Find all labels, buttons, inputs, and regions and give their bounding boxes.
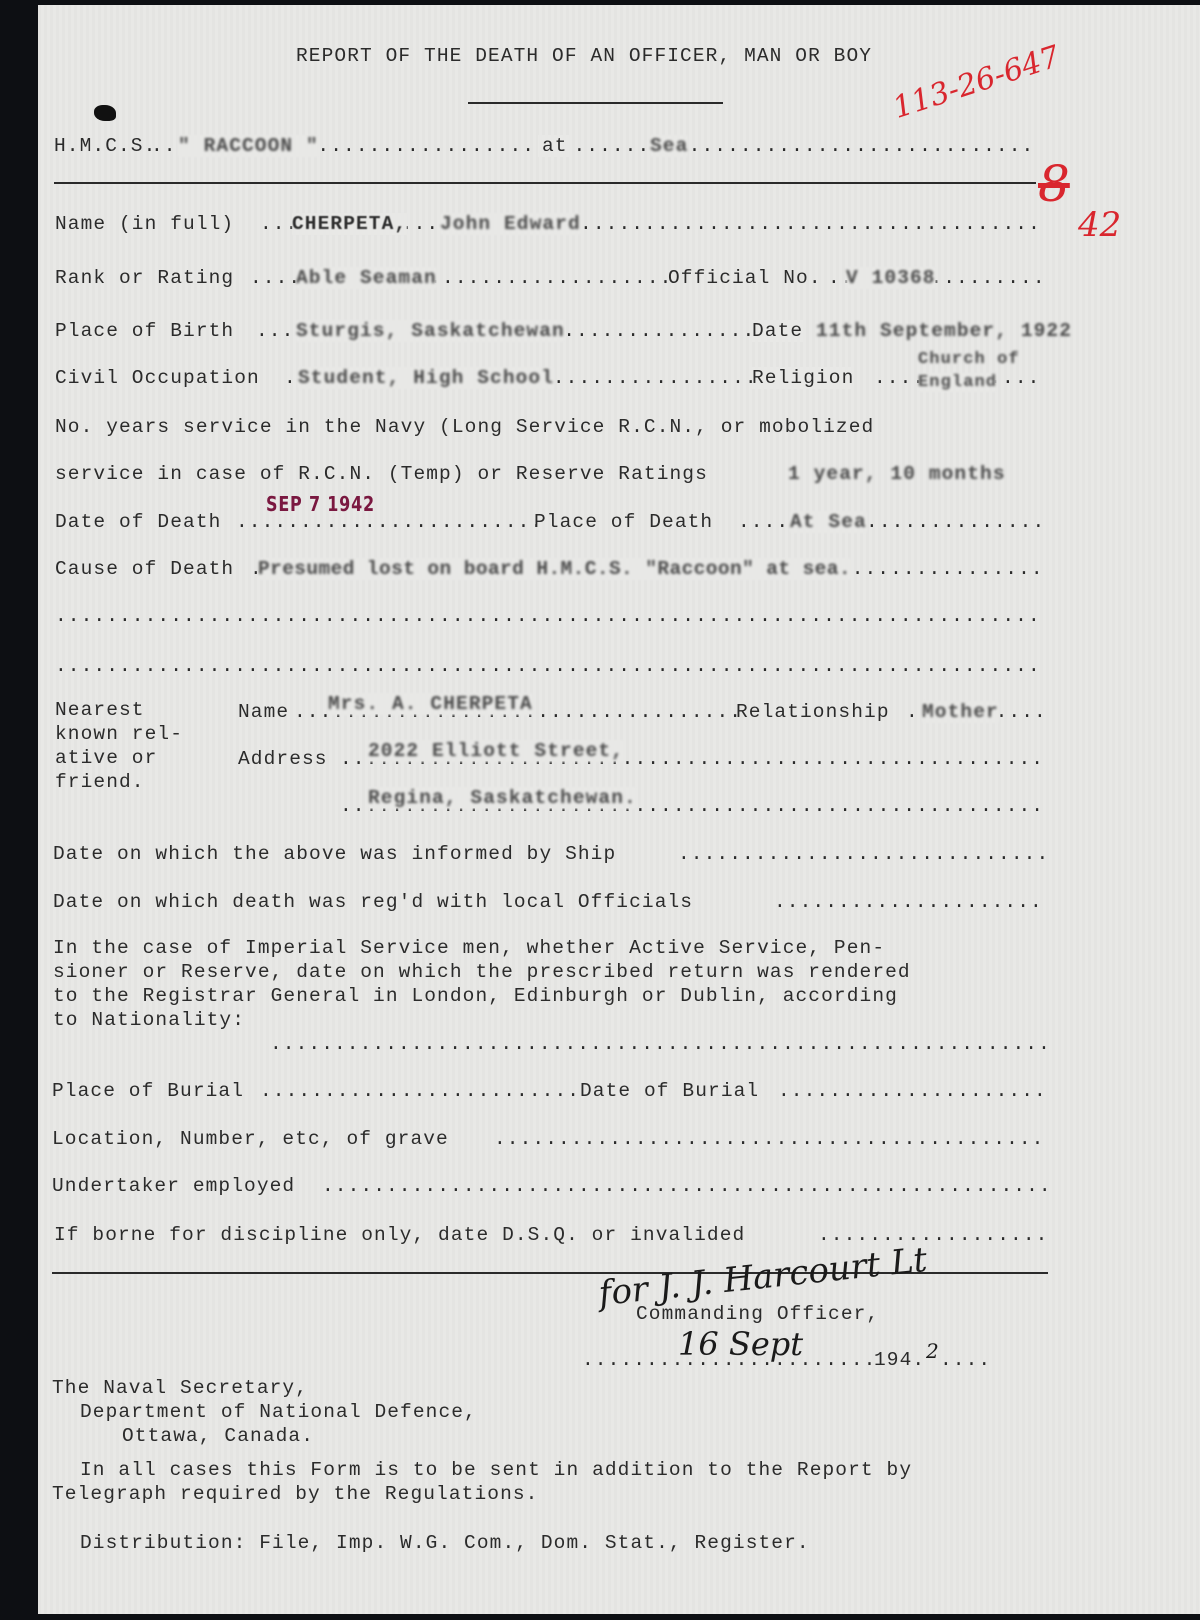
address-line1-value: 2022 Elliott Street, xyxy=(368,740,624,762)
document-page: REPORT OF THE DEATH OF AN OFFICER, MAN O… xyxy=(38,5,1200,1614)
place-of-death-value: At Sea xyxy=(790,511,867,533)
service-years-value: 1 year, 10 months xyxy=(788,463,1006,485)
place-of-birth-value: Sturgis, Saskatchewan xyxy=(296,320,565,342)
note-line2: Telegraph required by the Regulations. xyxy=(52,1483,538,1505)
dot-leader: ................... xyxy=(818,1224,1046,1246)
dot-line: ........................................… xyxy=(55,605,1045,627)
relative-side-label-4: friend. xyxy=(55,771,145,793)
date-of-birth-label: Date xyxy=(752,320,803,342)
at-value: Sea xyxy=(650,135,688,157)
note-line1: In all cases this Form is to be sent in … xyxy=(80,1459,912,1481)
ship-label: H.M.C.S. xyxy=(54,135,156,157)
undertaker-label: Undertaker employed xyxy=(52,1175,295,1197)
relative-side-label-3: ative or xyxy=(55,747,157,769)
imperial-text-line1: In the case of Imperial Service men, whe… xyxy=(53,937,885,959)
dot-leader: ............................ xyxy=(260,1080,580,1102)
address-line2-value: Regina, Saskatchewan. xyxy=(368,787,637,809)
official-no-value: V 10368 xyxy=(846,267,936,289)
relationship-label: Relationship xyxy=(736,701,890,723)
name-given-value: John Edward xyxy=(440,213,581,235)
date-of-birth-value: 11th September, 1922 xyxy=(816,320,1072,342)
dot-leader: ............................ xyxy=(738,511,1043,533)
folio-struck-annotation: 8 xyxy=(1038,155,1070,213)
at-label: at xyxy=(538,135,572,157)
page-title: REPORT OF THE DEATH OF AN OFFICER, MAN O… xyxy=(296,45,872,67)
relative-side-label-2: known rel- xyxy=(55,723,183,745)
file-number-annotation: 113-26-647 xyxy=(889,39,1064,126)
registered-local-label: Date on which death was reg'd with local… xyxy=(53,891,693,913)
addressee-line1: The Naval Secretary, xyxy=(52,1377,308,1399)
relationship-value: Mother xyxy=(922,701,999,723)
dot-line: ........................................… xyxy=(270,1033,1046,1055)
name-surname-value: CHERPETA, xyxy=(292,213,407,235)
dot-leader: ................................ xyxy=(678,843,1046,865)
folio-new-annotation: 42 xyxy=(1078,205,1121,245)
address-label: Address xyxy=(238,748,328,770)
official-no-label: Official No. xyxy=(668,267,822,289)
imperial-text-line4: to Nationality: xyxy=(53,1009,245,1031)
service-years-label-line2: service in case of R.C.N. (Temp) or Rese… xyxy=(55,463,708,485)
ship-value: " RACCOON " xyxy=(178,135,319,157)
rank-label: Rank or Rating xyxy=(55,267,234,289)
date-of-death-label: Date of Death xyxy=(55,511,221,533)
relative-side-label-1: Nearest xyxy=(55,699,145,721)
signature-year-prefix: 194. xyxy=(874,1349,925,1371)
relative-name-label: Name xyxy=(238,701,289,723)
place-of-burial-label: Place of Burial xyxy=(52,1080,244,1102)
addressee-line2: Department of National Defence, xyxy=(80,1401,477,1423)
name-label: Name (in full) xyxy=(55,213,234,235)
signature-year-suffix: 2 xyxy=(926,1339,939,1363)
service-years-label-line1: No. years service in the Navy (Long Serv… xyxy=(55,416,874,438)
dot-leader: ....................... xyxy=(778,1080,1046,1102)
date-of-death-stamp: SEP 7 1942 xyxy=(266,492,375,516)
ink-blot xyxy=(94,105,116,121)
distribution-line: Distribution: File, Imp. W.G. Com., Dom.… xyxy=(80,1532,810,1554)
religion-label: Religion xyxy=(752,367,854,389)
grave-location-label: Location, Number, etc, of grave xyxy=(52,1128,449,1150)
signature-date-handwritten: 16 Sept xyxy=(678,1325,803,1363)
dot-leader: ....................... xyxy=(774,891,1046,913)
civil-occupation-value: Student, High School xyxy=(298,367,554,389)
imperial-text-line3: to the Registrar General in London, Edin… xyxy=(53,985,898,1007)
dot-leader: ........................................… xyxy=(322,1175,1046,1197)
addressee-line3: Ottawa, Canada. xyxy=(122,1425,314,1447)
dot-line: ........................................… xyxy=(55,655,1045,677)
cause-of-death-value: Presumed lost on board H.M.C.S. "Raccoon… xyxy=(258,558,851,580)
cause-of-death-label: Cause of Death xyxy=(55,558,234,580)
title-underline xyxy=(468,102,723,104)
date-of-burial-label: Date of Burial xyxy=(580,1080,759,1102)
dot-leader: .... xyxy=(940,1349,1010,1371)
religion-value-line2: England xyxy=(918,373,997,392)
civil-occupation-label: Civil Occupation xyxy=(55,367,260,389)
place-of-birth-label: Place of Birth xyxy=(55,320,234,342)
informed-by-ship-label: Date on which the above was informed by … xyxy=(53,843,616,865)
discipline-label: If borne for discipline only, date D.S.Q… xyxy=(54,1224,745,1246)
place-of-death-label: Place of Death xyxy=(534,511,713,533)
commanding-officer-label: Commanding Officer, xyxy=(636,1303,879,1325)
rank-value: Able Seaman xyxy=(296,267,437,289)
dot-leader: ........................................… xyxy=(494,1128,1046,1150)
section-divider xyxy=(54,182,1036,184)
relative-name-value: Mrs. A. CHERPETA xyxy=(328,693,533,715)
imperial-text-line2: sioner or Reserve, date on which the pre… xyxy=(53,961,911,983)
religion-value-line1: Church of xyxy=(918,350,1020,369)
